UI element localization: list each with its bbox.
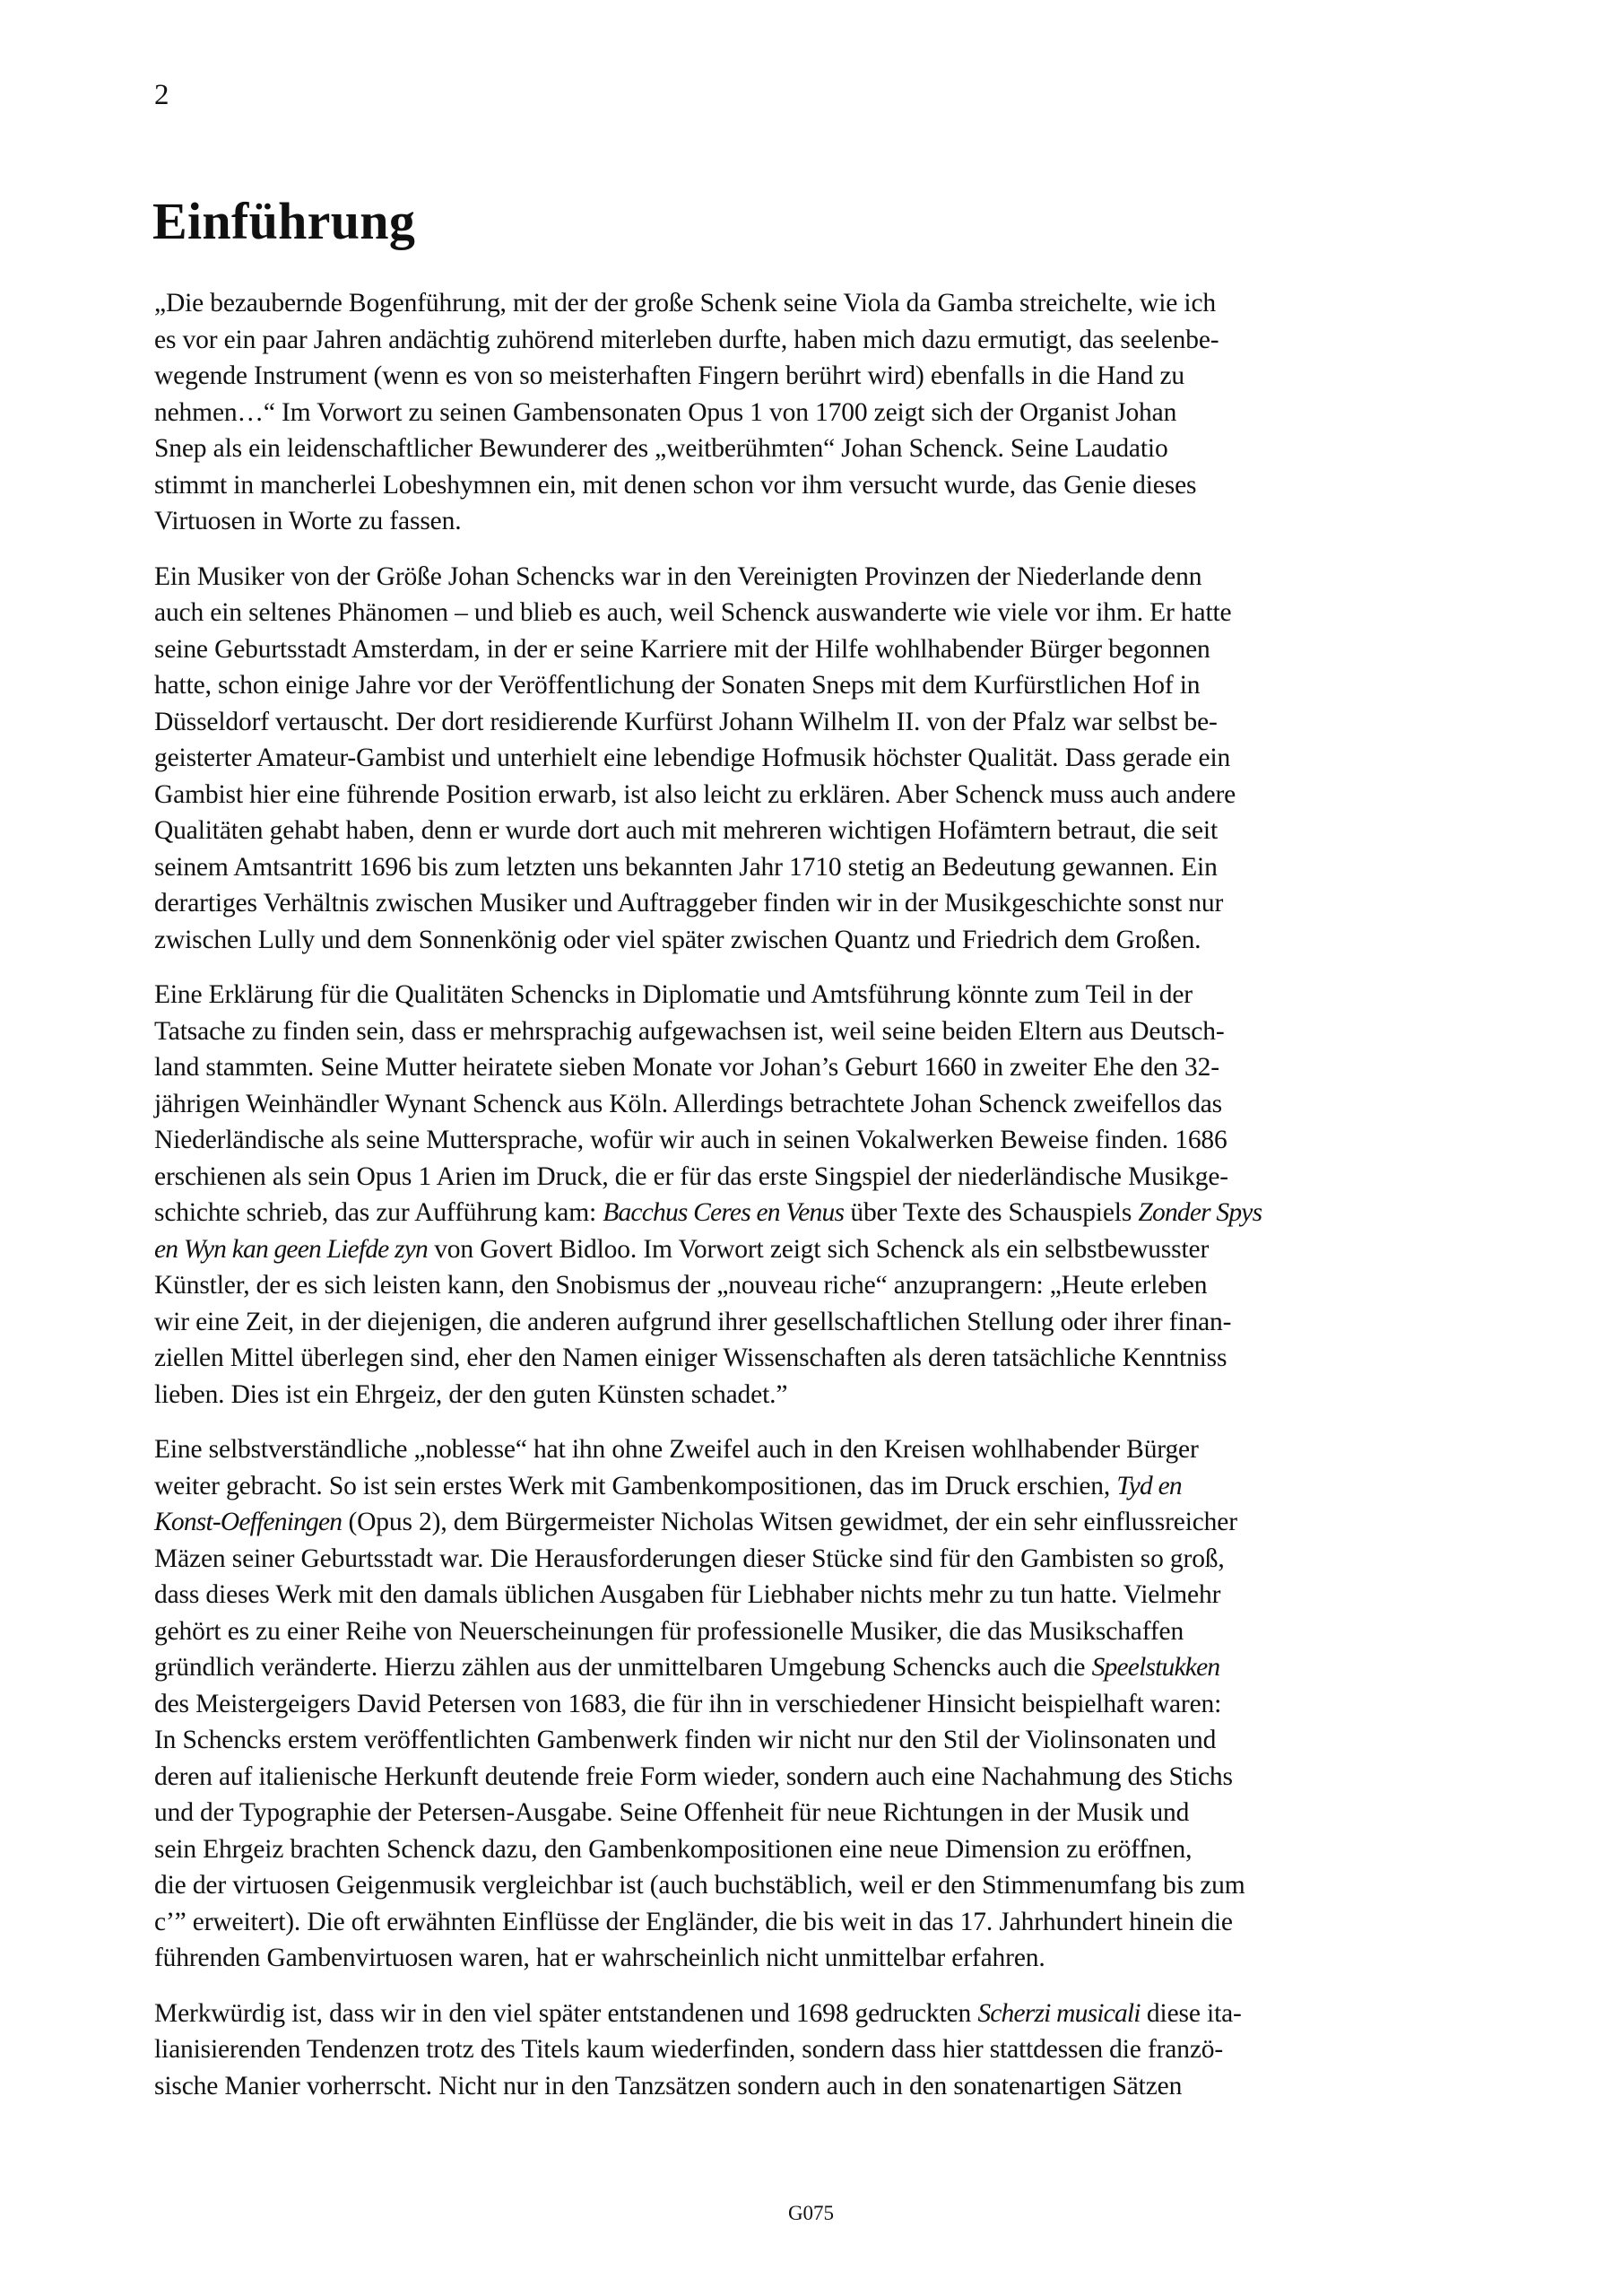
text-run: (Opus 2), dem Bürgermeister Nicholas Wit… — [342, 1508, 1237, 1536]
text-line: Künstler, der es sich leisten kann, den … — [154, 1267, 1522, 1304]
text-line: Ein Musiker von der Größe Johan Schencks… — [154, 559, 1522, 596]
paragraph: Eine selbstverständliche „noblesse“ hat … — [154, 1431, 1522, 1977]
text-run: Ein Musiker von der Größe Johan Schencks… — [154, 562, 1201, 591]
text-line: weiter gebracht. So ist sein erstes Werk… — [154, 1468, 1522, 1505]
text-line: en Wyn kan geen Liefde zyn von Govert Bi… — [154, 1231, 1522, 1268]
text-line: führenden Gambenvirtuosen waren, hat er … — [154, 1940, 1522, 1977]
text-run: „Die bezaubernde Bogenführung, mit der d… — [154, 289, 1216, 317]
text-line: Niederländische als seine Muttersprache,… — [154, 1122, 1522, 1159]
text-run: ziellen Mittel überlegen sind, eher den … — [154, 1344, 1227, 1372]
text-line: schichte schrieb, das zur Aufführung kam… — [154, 1195, 1522, 1231]
text-line: Eine Erklärung für die Qualitäten Schenc… — [154, 977, 1522, 1013]
text-run: Qualitäten gehabt haben, denn er wurde d… — [154, 816, 1218, 845]
text-line: Mäzen seiner Geburtsstadt war. Die Herau… — [154, 1541, 1522, 1578]
text-line: gehört es zu einer Reihe von Neuerschein… — [154, 1613, 1522, 1650]
text-run: Niederländische als seine Muttersprache,… — [154, 1126, 1227, 1154]
text-run: sein Ehrgeiz brachten Schenck dazu, den … — [154, 1835, 1192, 1864]
text-run: von Govert Bidloo. Im Vorwort zeigt sich… — [428, 1235, 1209, 1264]
text-line: land stammten. Seine Mutter heiratete si… — [154, 1049, 1522, 1086]
text-run: In Schencks erstem veröffentlichten Gamb… — [154, 1726, 1216, 1754]
body-text: „Die bezaubernde Bogenführung, mit der d… — [154, 285, 1522, 2123]
text-line: Konst-Oeffeningen (Opus 2), dem Bürgerme… — [154, 1504, 1522, 1541]
text-run: lieben. Dies ist ein Ehrgeiz, der den gu… — [154, 1380, 787, 1409]
text-run: lianisierenden Tendenzen trotz des Titel… — [154, 2035, 1223, 2064]
text-run: zwischen Lully und dem Sonnenkönig oder … — [154, 926, 1201, 954]
page-number: 2 — [154, 77, 169, 113]
text-line: c’” erweitert). Die oft erwähnten Einflü… — [154, 1904, 1522, 1941]
chapter-title: Einführung — [152, 190, 415, 253]
text-line: deren auf italienische Herkunft deutende… — [154, 1759, 1522, 1796]
text-run: nehmen…“ Im Vorwort zu seinen Gambensona… — [154, 398, 1176, 427]
work-title-italic: Scherzi musicali — [977, 1999, 1140, 2028]
text-line: ziellen Mittel überlegen sind, eher den … — [154, 1340, 1522, 1377]
paragraph: Merkwürdig ist, dass wir in den viel spä… — [154, 1996, 1522, 2105]
text-run: Gambist hier eine führende Position erwa… — [154, 780, 1236, 809]
text-run: hatte, schon einige Jahre vor der Veröff… — [154, 671, 1200, 700]
text-line: sein Ehrgeiz brachten Schenck dazu, den … — [154, 1831, 1522, 1868]
text-line: lianisierenden Tendenzen trotz des Titel… — [154, 2031, 1522, 2068]
text-line: wegende Instrument (wenn es von so meist… — [154, 358, 1522, 395]
paragraph: Ein Musiker von der Größe Johan Schencks… — [154, 559, 1522, 959]
text-run: es vor ein paar Jahren andächtig zuhören… — [154, 326, 1219, 354]
footer-code: G075 — [0, 2201, 1622, 2226]
text-line: In Schencks erstem veröffentlichten Gamb… — [154, 1722, 1522, 1759]
text-line: Eine selbstverständliche „noblesse“ hat … — [154, 1431, 1522, 1468]
text-run: Eine Erklärung für die Qualitäten Schenc… — [154, 980, 1193, 1009]
paragraph: Eine Erklärung für die Qualitäten Schenc… — [154, 977, 1522, 1413]
text-line: nehmen…“ Im Vorwort zu seinen Gambensona… — [154, 395, 1522, 431]
text-line: wir eine Zeit, in der diejenigen, die an… — [154, 1304, 1522, 1341]
text-run: Virtuosen in Worte zu fassen. — [154, 507, 461, 535]
text-line: gründlich veränderte. Hierzu zählen aus … — [154, 1649, 1522, 1686]
text-run: gehört es zu einer Reihe von Neuerschein… — [154, 1617, 1184, 1646]
text-line: Qualitäten gehabt haben, denn er wurde d… — [154, 813, 1522, 849]
text-line: „Die bezaubernde Bogenführung, mit der d… — [154, 285, 1522, 322]
work-title-italic: Tyd en — [1116, 1472, 1181, 1500]
work-title-italic: Speelstukken — [1092, 1653, 1220, 1682]
text-line: Gambist hier eine führende Position erwa… — [154, 777, 1522, 813]
text-run: jährigen Weinhändler Wynant Schenck aus … — [154, 1090, 1222, 1118]
text-run: und der Typographie der Petersen-Ausgabe… — [154, 1798, 1189, 1827]
text-line: es vor ein paar Jahren andächtig zuhören… — [154, 322, 1522, 359]
text-line: die der virtuosen Geigenmusik vergleichb… — [154, 1867, 1522, 1904]
text-run: stimmt in mancherlei Lobeshymnen ein, mi… — [154, 471, 1196, 500]
work-title-italic: Bacchus Ceres en Venus — [603, 1198, 844, 1227]
text-run: schichte schrieb, das zur Aufführung kam… — [154, 1198, 603, 1227]
text-line: des Meistergeigers David Petersen von 16… — [154, 1686, 1522, 1723]
text-run: wir eine Zeit, in der diejenigen, die an… — [154, 1308, 1231, 1336]
text-run: Eine selbstverständliche „noblesse“ hat … — [154, 1435, 1199, 1464]
text-line: jährigen Weinhändler Wynant Schenck aus … — [154, 1086, 1522, 1123]
text-line: Merkwürdig ist, dass wir in den viel spä… — [154, 1996, 1522, 2032]
text-run: über Texte des Schauspiels — [844, 1198, 1138, 1227]
text-line: dass dieses Werk mit den damals üblichen… — [154, 1577, 1522, 1613]
text-line: auch ein seltenes Phänomen – und blieb e… — [154, 595, 1522, 631]
text-run: deren auf italienische Herkunft deutende… — [154, 1762, 1233, 1791]
text-run: des Meistergeigers David Petersen von 16… — [154, 1690, 1221, 1718]
text-run: Künstler, der es sich leisten kann, den … — [154, 1271, 1207, 1300]
text-line: sische Manier vorherrscht. Nicht nur in … — [154, 2068, 1522, 2105]
work-title-italic: Zonder Spys — [1138, 1198, 1262, 1227]
text-run: die der virtuosen Geigenmusik vergleichb… — [154, 1871, 1245, 1900]
paragraph: „Die bezaubernde Bogenführung, mit der d… — [154, 285, 1522, 540]
text-run: auch ein seltenes Phänomen – und blieb e… — [154, 598, 1232, 627]
text-run: sische Manier vorherrscht. Nicht nur in … — [154, 2072, 1182, 2100]
text-line: derartiges Verhältnis zwischen Musiker u… — [154, 885, 1522, 922]
text-run: derartiges Verhältnis zwischen Musiker u… — [154, 889, 1223, 918]
text-run: Snep als ein leidenschaftlicher Bewunder… — [154, 434, 1168, 463]
text-line: stimmt in mancherlei Lobeshymnen ein, mi… — [154, 467, 1522, 504]
text-run: weiter gebracht. So ist sein erstes Werk… — [154, 1472, 1116, 1500]
text-line: seine Geburtsstadt Amsterdam, in der er … — [154, 631, 1522, 668]
text-run: c’” erweitert). Die oft erwähnten Einflü… — [154, 1908, 1233, 1936]
text-run: geisterter Amateur-Gambist und unterhiel… — [154, 744, 1230, 772]
work-title-italic: Konst-Oeffeningen — [154, 1508, 342, 1536]
text-run: erschienen als sein Opus 1 Arien im Druc… — [154, 1162, 1228, 1191]
text-line: Tatsache zu finden sein, dass er mehrspr… — [154, 1013, 1522, 1050]
text-line: Virtuosen in Worte zu fassen. — [154, 503, 1522, 540]
text-line: lieben. Dies ist ein Ehrgeiz, der den gu… — [154, 1377, 1522, 1413]
text-line: zwischen Lully und dem Sonnenkönig oder … — [154, 922, 1522, 959]
text-line: geisterter Amateur-Gambist und unterhiel… — [154, 740, 1522, 777]
text-run: seine Geburtsstadt Amsterdam, in der er … — [154, 635, 1210, 664]
text-line: hatte, schon einige Jahre vor der Veröff… — [154, 667, 1522, 704]
work-title-italic: en Wyn kan geen Liefde zyn — [154, 1235, 428, 1264]
text-run: Düsseldorf vertauscht. Der dort residier… — [154, 708, 1218, 736]
text-line: seinem Amtsantritt 1696 bis zum letzten … — [154, 849, 1522, 886]
text-run: land stammten. Seine Mutter heiratete si… — [154, 1053, 1219, 1082]
text-run: Merkwürdig ist, dass wir in den viel spä… — [154, 1999, 977, 2028]
text-run: führenden Gambenvirtuosen waren, hat er … — [154, 1944, 1045, 1972]
text-run: Tatsache zu finden sein, dass er mehrspr… — [154, 1017, 1225, 1046]
text-line: erschienen als sein Opus 1 Arien im Druc… — [154, 1159, 1522, 1196]
text-run: wegende Instrument (wenn es von so meist… — [154, 361, 1184, 390]
text-run: Mäzen seiner Geburtsstadt war. Die Herau… — [154, 1544, 1225, 1573]
text-run: diese ita- — [1141, 1999, 1242, 2028]
text-run: seinem Amtsantritt 1696 bis zum letzten … — [154, 853, 1218, 882]
text-run: gründlich veränderte. Hierzu zählen aus … — [154, 1653, 1092, 1682]
text-line: Snep als ein leidenschaftlicher Bewunder… — [154, 430, 1522, 467]
text-line: und der Typographie der Petersen-Ausgabe… — [154, 1795, 1522, 1831]
text-run: dass dieses Werk mit den damals üblichen… — [154, 1580, 1220, 1609]
text-line: Düsseldorf vertauscht. Der dort residier… — [154, 704, 1522, 741]
